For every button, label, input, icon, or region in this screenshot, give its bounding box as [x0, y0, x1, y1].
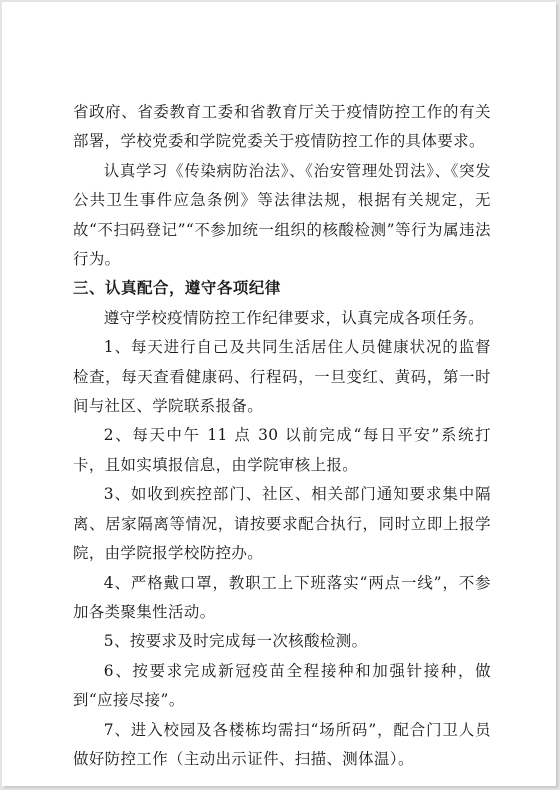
list-item-3: 3、如收到疾控部门、社区、相关部门通知要求集中隔离、居家隔离等情况，请按要求配合…: [73, 480, 491, 568]
list-item-1: 1、每天进行自己及共同生活居住人员健康状况的监督检查，每天查看健康码、行程码，一…: [73, 333, 491, 421]
list-item-5: 5、按要求及时完成每一次核酸检测。: [73, 627, 491, 656]
list-item-7: 7、进入校园及各楼栋均需扫“场所码”，配合门卫人员做好防控工作（主动出示证件、扫…: [73, 716, 491, 775]
document-body: 省政府、省委教育工委和省教育厅关于疫情防控工作的有关部署，学校党委和学院党委关于…: [73, 98, 491, 774]
paragraph-discipline-intro: 遵守学校疫情防控工作纪律要求，认真完成各项任务。: [73, 304, 491, 333]
paragraph-continuation: 省政府、省委教育工委和省教育厅关于疫情防控工作的有关部署，学校党委和学院党委关于…: [73, 98, 491, 157]
document-page: 省政府、省委教育工委和省教育厅关于疫情防控工作的有关部署，学校党委和学院党委关于…: [2, 2, 556, 786]
paragraph-laws-study: 认真学习《传染病防治法》、《治安管理处罚法》、《突发公共卫生事件应急条例》等法律…: [73, 157, 491, 275]
list-item-2: 2、每天中午 11 点 30 以前完成“每日平安”系统打卡，且如实填报信息，由学…: [73, 421, 491, 480]
list-item-4: 4、严格戴口罩，教职工上下班落实“两点一线”，不参加各类聚集性活动。: [73, 569, 491, 628]
section-heading-3: 三、认真配合，遵守各项纪律: [73, 274, 491, 303]
list-item-6: 6、按要求完成新冠疫苗全程接种和加强针接种，做到“应接尽接”。: [73, 657, 491, 716]
